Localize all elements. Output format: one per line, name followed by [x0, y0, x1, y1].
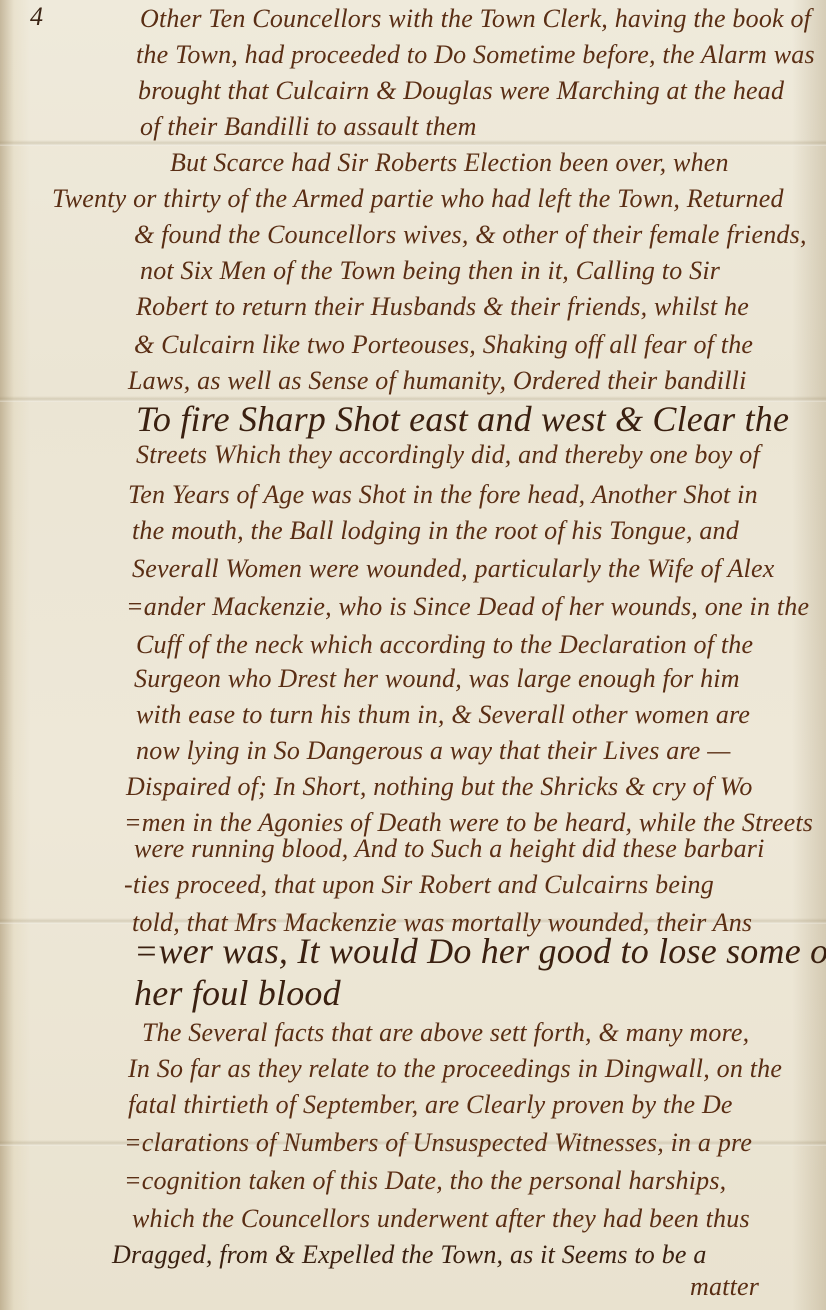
text-line: Dispaired of; In Short, nothing but the …: [126, 772, 753, 802]
text-line: the Town, had proceeded to Do Sometime b…: [136, 40, 815, 70]
text-line: Twenty or thirty of the Armed partie who…: [52, 184, 784, 214]
text-line: of their Bandilli to assault them: [140, 112, 477, 142]
text-line: Severall Women were wounded, particularl…: [132, 554, 774, 584]
text-line: & Culcairn like two Porteouses, Shaking …: [134, 330, 753, 360]
text-line: with ease to turn his thum in, & Several…: [136, 700, 750, 730]
text-line-emphasis: her foul blood: [134, 972, 341, 1014]
text-line: Ten Years of Age was Shot in the fore he…: [128, 480, 758, 510]
text-line: now lying in So Dangerous a way that the…: [136, 736, 731, 766]
manuscript-page: 4 Other Ten Councellors with the Town Cl…: [0, 0, 826, 1310]
text-line: Dragged, from & Expelled the Town, as it…: [112, 1240, 707, 1270]
text-line: Streets Which they accordingly did, and …: [136, 440, 760, 470]
text-line: =clarations of Numbers of Unsuspected Wi…: [124, 1128, 752, 1158]
text-line: -ties proceed, that upon Sir Robert and …: [124, 870, 714, 900]
text-line: In So far as they relate to the proceedi…: [128, 1054, 782, 1084]
text-line: Laws, as well as Sense of humanity, Orde…: [128, 366, 747, 396]
catchword: matter: [690, 1272, 759, 1302]
text-line: The Several facts that are above sett fo…: [142, 1018, 749, 1048]
page-number: 4: [30, 2, 43, 32]
text-line: =ander Mackenzie, who is Since Dead of h…: [126, 592, 809, 622]
text-line: brought that Culcairn & Douglas were Mar…: [138, 76, 784, 106]
text-line: & found the Councellors wives, & other o…: [134, 220, 807, 250]
text-line: not Six Men of the Town being then in it…: [140, 256, 720, 286]
text-line-emphasis: To fire Sharp Shot east and west & Clear…: [136, 398, 789, 440]
text-line-emphasis: =wer was, It would Do her good to lose s…: [134, 930, 826, 972]
text-line: fatal thirtieth of September, are Clearl…: [128, 1090, 733, 1120]
text-line: which the Councellors underwent after th…: [132, 1204, 750, 1234]
text-line: Surgeon who Drest her wound, was large e…: [134, 664, 740, 694]
text-line: =cognition taken of this Date, tho the p…: [124, 1166, 726, 1196]
text-line: were running blood, And to Such a height…: [134, 834, 765, 864]
text-line: the mouth, the Ball lodging in the root …: [132, 516, 739, 546]
text-line: Cuff of the neck which according to the …: [136, 630, 753, 660]
text-line: Other Ten Councellors with the Town Cler…: [140, 4, 811, 34]
text-line: Robert to return their Husbands & their …: [136, 292, 749, 322]
text-line: But Scarce had Sir Roberts Election been…: [170, 148, 729, 178]
